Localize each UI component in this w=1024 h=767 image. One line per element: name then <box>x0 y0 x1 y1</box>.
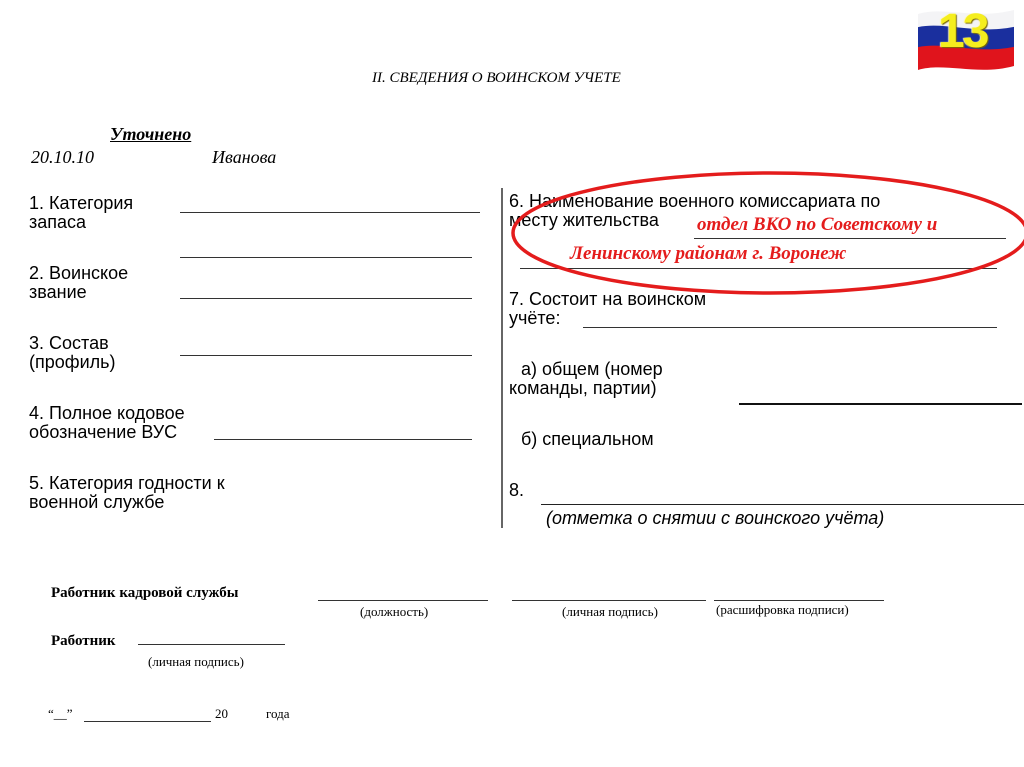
column-divider <box>501 188 503 528</box>
commissariat-blank-2[interactable] <box>520 268 997 269</box>
field-label-line: 6. Наименование военного комиссариата по <box>509 192 880 211</box>
field-general-registration: а) общем (номер команды, партии) <box>509 360 663 398</box>
hr-signature-blank[interactable] <box>512 600 706 601</box>
field-reserve-category: 1. Категория запаса <box>29 194 133 232</box>
clarified-date: 20.10.10 <box>31 147 94 168</box>
worker-label: Работник <box>51 633 116 650</box>
caption-worker-signature: (личная подпись) <box>148 654 244 670</box>
section-title: II. СВЕДЕНИЯ О ВОИНСКОМ УЧЕТЕ <box>372 70 621 87</box>
deregistration-caption: (отметка о снятии с воинского учёта) <box>546 508 884 529</box>
field-label-line: 5. Категория годности к <box>29 474 225 493</box>
slide-number: 13 <box>938 4 987 59</box>
field-label-line: 4. Полное кодовое <box>29 404 185 423</box>
field-deregistration-number: 8. <box>509 481 524 500</box>
field-label-line: обозначение ВУС <box>29 423 185 442</box>
military-rank-blank[interactable] <box>180 298 472 299</box>
clarified-by-name: Иванова <box>212 147 276 168</box>
reserve-category-blank[interactable] <box>180 212 480 213</box>
field-fitness-category: 5. Категория годности к военной службе <box>29 474 225 512</box>
field-label-line: (профиль) <box>29 353 116 372</box>
field-label-line: 2. Воинское <box>29 264 128 283</box>
caption-decoding: (расшифровка подписи) <box>716 602 849 618</box>
hr-decoding-blank[interactable] <box>714 600 884 601</box>
field-label-line: а) общем (номер <box>509 360 663 379</box>
field-label-line: военной службе <box>29 493 225 512</box>
field-label-line: 7. Состоит на воинском <box>509 290 706 309</box>
field-military-rank: 2. Воинское звание <box>29 264 128 302</box>
date-year-prefix: 20 <box>215 706 228 722</box>
date-year-suffix: года <box>266 706 290 722</box>
hr-worker-label: Работник кадровой службы <box>51 585 238 602</box>
field-special-registration: б) специальном <box>521 430 654 449</box>
field-label-line: команды, партии) <box>509 379 663 398</box>
field-label-line: запаса <box>29 213 133 232</box>
commissariat-value-line2: Ленинскому районам г. Воронеж <box>570 243 846 265</box>
deregistration-blank[interactable] <box>541 504 1024 505</box>
commissariat-blank-1[interactable] <box>694 238 1006 239</box>
date-month-blank[interactable] <box>84 721 211 722</box>
field-label-line: 1. Категория <box>29 194 133 213</box>
general-registration-blank[interactable] <box>739 403 1022 405</box>
clarified-label: Уточнено <box>110 124 191 145</box>
hr-position-blank[interactable] <box>318 600 488 601</box>
registered-blank[interactable] <box>583 327 997 328</box>
composition-blank[interactable] <box>180 355 472 356</box>
vus-code-blank[interactable] <box>214 439 472 440</box>
field-label-line: учёте: <box>509 309 706 328</box>
caption-position: (должность) <box>360 604 428 620</box>
worker-signature-blank[interactable] <box>138 644 285 645</box>
field-vus-code: 4. Полное кодовое обозначение ВУС <box>29 404 185 442</box>
field-registered: 7. Состоит на воинском учёте: <box>509 290 706 328</box>
field-composition: 3. Состав (профиль) <box>29 334 116 372</box>
date-day-quote: “__” <box>48 706 73 722</box>
caption-hr-signature: (личная подпись) <box>562 604 658 620</box>
field-label-line: звание <box>29 283 128 302</box>
commissariat-value-line1: отдел ВКО по Советскому и <box>697 214 937 236</box>
extra-blank[interactable] <box>180 257 472 258</box>
field-label-line: 3. Состав <box>29 334 116 353</box>
